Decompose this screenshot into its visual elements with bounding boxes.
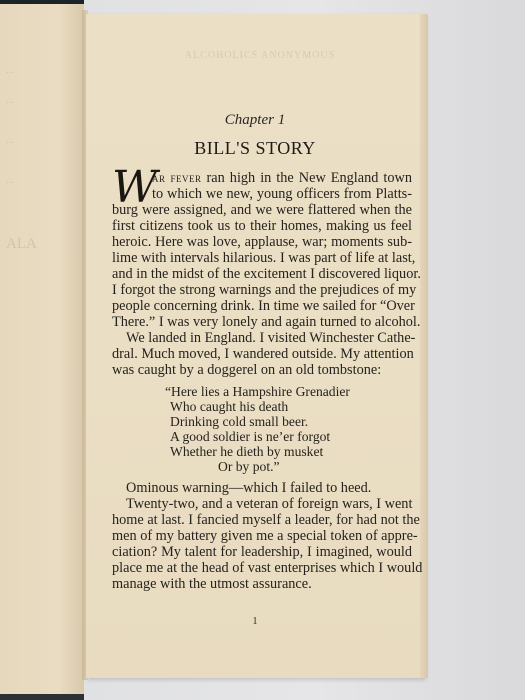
showthrough-text: ... (6, 64, 14, 76)
chapter-body: W ar fever ran high in the New England t… (112, 170, 412, 592)
running-head-showthrough: ALCOHOLICS ANONYMOUS (110, 50, 410, 61)
text-line: Ominous warning—which I failed to heed. (112, 480, 412, 496)
poem-line: Whether he dieth by musket (170, 444, 412, 459)
text-line: first citizens took us to their homes, m… (112, 218, 412, 234)
text-line: ciation? My talent for leadership, I ima… (112, 544, 412, 560)
poem-line: Or by pot.” (170, 459, 412, 474)
poem-line: Drinking cold small beer. (170, 414, 412, 429)
facing-page: ... ... ... ... ALA (0, 4, 84, 694)
paragraph-2: We landed in England. I visited Winchest… (112, 330, 412, 378)
text-line: place me at the head of vast enterprises… (112, 560, 412, 576)
text-line: men of my battery given me a special tok… (112, 528, 412, 544)
chapter-label: Chapter 1 (86, 112, 424, 129)
paragraph-1: W ar fever ran high in the New England t… (112, 170, 412, 330)
text-line: dral. Much moved, I wandered outside. My… (112, 346, 412, 362)
poem-line: A good soldier is ne’er forgot (170, 429, 412, 444)
showthrough-text: ... (6, 134, 14, 146)
paragraph-3: Ominous warning—which I failed to heed. (112, 480, 412, 496)
text-line: people concerning drink. In time we sail… (112, 298, 412, 314)
page-number: 1 (86, 616, 424, 627)
text-line: home at last. I fancied myself a leader,… (112, 512, 412, 528)
text-line: There.” I was very lonely and again turn… (112, 314, 412, 330)
text-line: manage with the utmost assurance. (112, 576, 412, 592)
opening-small-caps: ar fever (152, 171, 202, 185)
text-line: We landed in England. I visited Winchest… (112, 330, 412, 346)
text-line: I forgot the strong warnings and the pre… (112, 282, 412, 298)
text-line: was caught by a doggerel on an old tombs… (112, 362, 412, 378)
tombstone-poem: “Here lies a Hampshire Grenadier Who cau… (112, 384, 412, 474)
text-line: Twenty-two, and a veteran of foreign war… (112, 496, 412, 512)
text-line: lime with intervals hilarious. I was par… (112, 250, 412, 266)
drop-cap: W (112, 168, 157, 208)
poem-line: “Here lies a Hampshire Grenadier (165, 384, 412, 399)
showthrough-text: ... (6, 94, 14, 106)
poem-line: Who caught his death (170, 399, 412, 414)
book-cover-edge-bottom (0, 694, 84, 700)
showthrough-text: ALA (6, 236, 37, 253)
showthrough-text: ... (6, 174, 14, 186)
text-line: and in the midst of the excitement I dis… (112, 266, 412, 282)
text-line: heroic. Here was love, applause, war; mo… (112, 234, 412, 250)
chapter-title: BILL'S STORY (86, 138, 424, 159)
paragraph-4: Twenty-two, and a veteran of foreign war… (112, 496, 412, 592)
